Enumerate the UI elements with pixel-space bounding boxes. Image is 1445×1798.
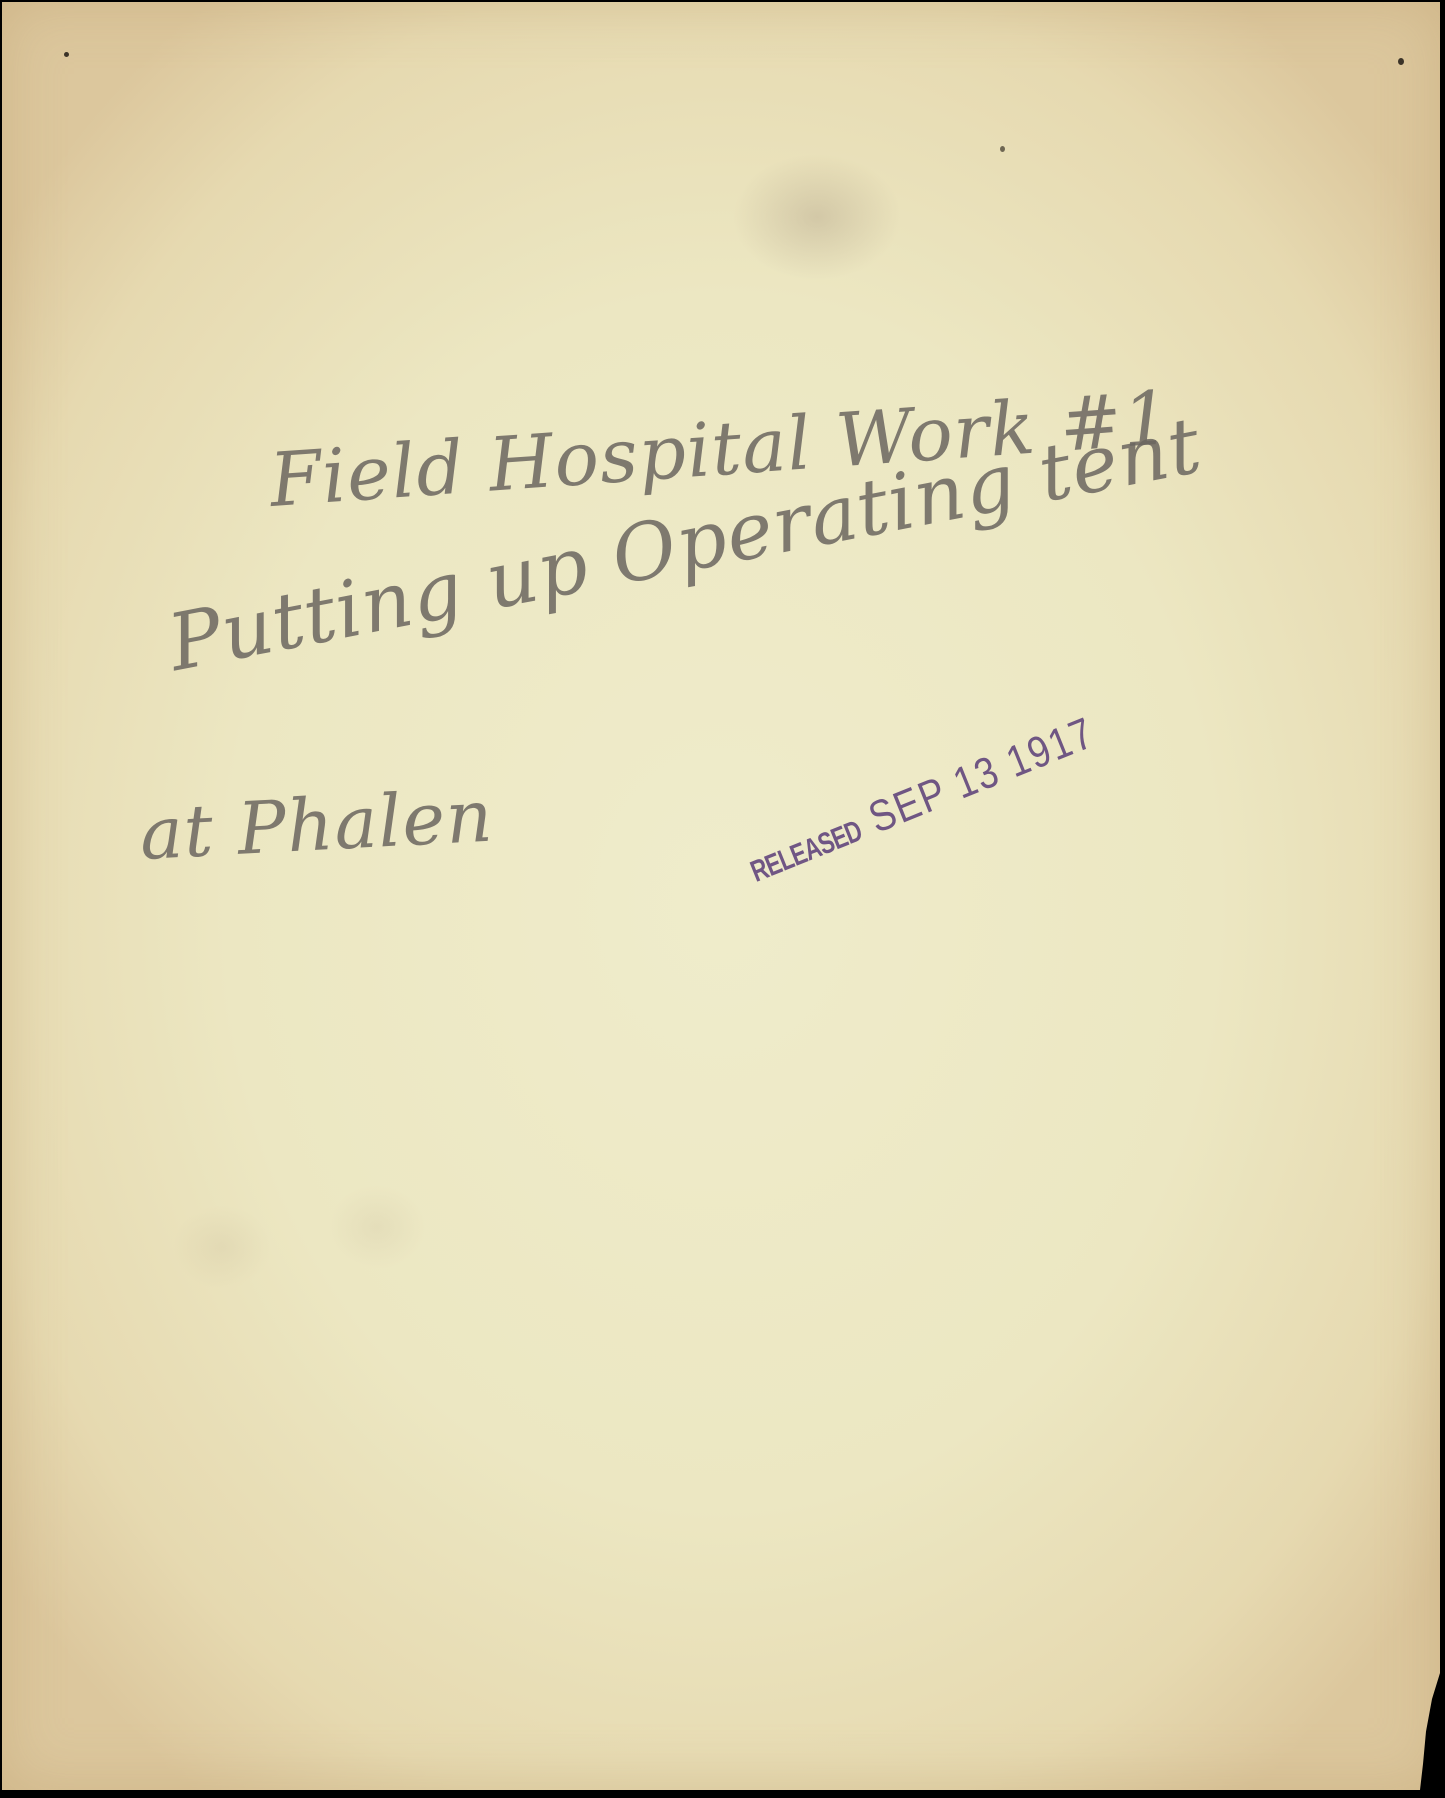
stamp-date: SEP 13 1917 — [862, 708, 1102, 844]
corner-speck-top-left — [64, 52, 69, 57]
handwritten-line-3: at Phalen — [138, 774, 495, 876]
photo-back-page: Field Hospital Work #1 Putting up Operat… — [2, 2, 1440, 1790]
stamp-released-label: RELEASED — [746, 814, 867, 889]
released-date-stamp: RELEASED SEP 13 1917 — [705, 692, 1141, 907]
corner-speck-top-right — [1398, 58, 1404, 65]
speck-center — [1000, 146, 1005, 152]
